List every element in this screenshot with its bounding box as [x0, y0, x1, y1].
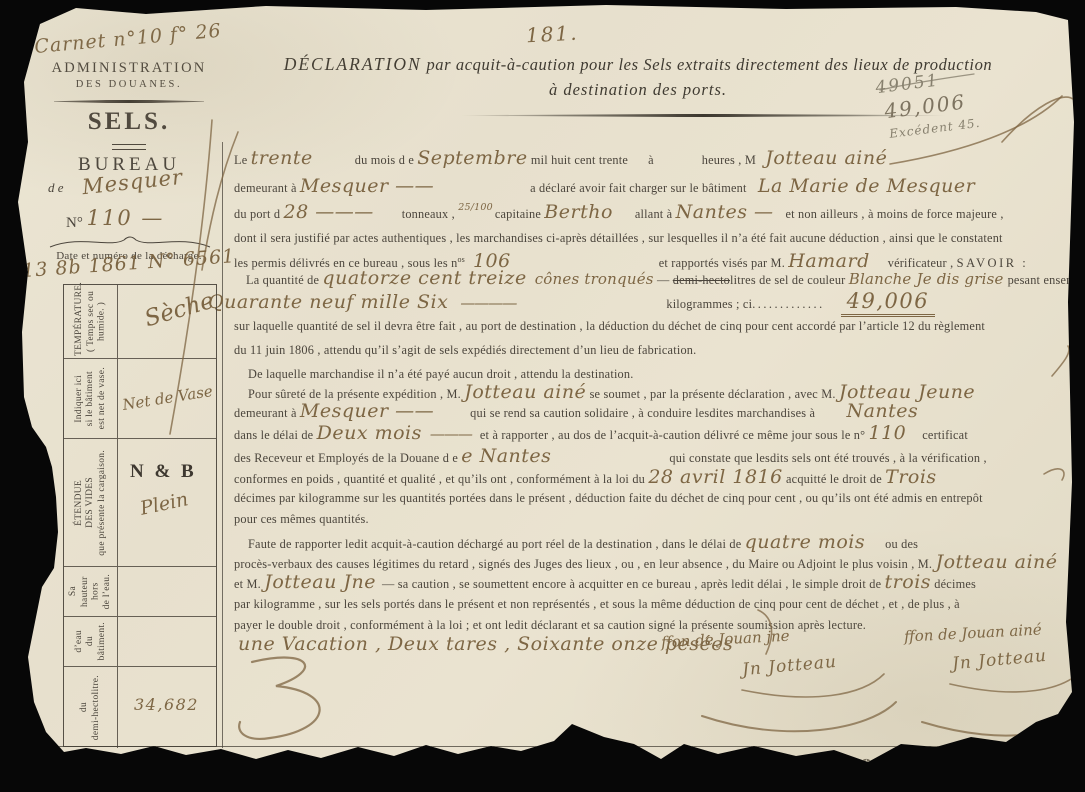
handwritten-entry: une Vacation , Deux tares , Soixante onz…	[238, 633, 733, 655]
handwritten-entry: 110	[869, 422, 907, 444]
ornament-rule	[54, 100, 204, 103]
title-word: DÉCLARATION	[284, 54, 422, 74]
sidebar-row-label: ÉTENDUEDES VIDESque présente la cargaiso…	[64, 439, 118, 566]
rotated-label-line: DES VIDES	[85, 477, 96, 528]
printed-text: conformes en poids , quantité et qualité…	[234, 472, 648, 486]
sidebar-row: d’eaudubâtiment.	[64, 617, 216, 667]
printed-text: tonneaux ,	[402, 207, 459, 221]
handwritten-entry: Bertho	[544, 201, 613, 223]
printed-text: capitaine	[495, 207, 544, 221]
handwritten-entry: Blanche Je dis grise	[849, 270, 1004, 288]
pen-flourish	[1052, 346, 1069, 376]
body-line: demeurant à Mesquer ——a déclaré avoir fa…	[234, 176, 975, 198]
sidebar-row-label: dudemi-hectolitre.	[64, 667, 118, 748]
body-line: par kilogramme , sur les sels portés dan…	[234, 594, 960, 614]
body-line: des Receveur et Employés de la Douane d …	[234, 446, 987, 468]
handwritten-entry: 25/100	[458, 202, 493, 213]
signature-caption-right: ffon de Jouan ainé	[904, 620, 1042, 645]
handwritten-entry: Nantes	[846, 400, 918, 422]
title-line-1: DÉCLARATION par acquit-à-caution pour le…	[244, 54, 1032, 75]
printed-text: et non ailleurs , à moins de force majeu…	[785, 207, 1003, 221]
printed-text: et à rapporter , au dos de l’acquit-à-ca…	[480, 428, 869, 442]
administration-label: ADMINISTRATION	[38, 60, 220, 77]
printed-text: De laquelle marchandise il n’a été payé …	[248, 367, 634, 381]
handwritten-entry: ————	[460, 294, 516, 312]
printed-text: du port d	[234, 207, 283, 221]
printed-text: .............	[752, 297, 824, 311]
sheet-number-handwritten: 181.	[525, 21, 579, 48]
pen-flourish	[1044, 469, 1064, 480]
body-line: Le trentedu mois d e Septembre mil huit …	[234, 148, 887, 170]
rotated-label-line: du	[79, 702, 90, 712]
bureau-de-label: d e	[48, 180, 64, 195]
printed-text: litres de sel de couleur	[730, 273, 849, 287]
handwritten-entry: 49,006	[841, 289, 935, 317]
flourish-numeral	[239, 658, 319, 739]
carnet-annotation: Carnet n°10 f° 26	[33, 16, 264, 58]
handwritten-entry: 28 ———	[283, 201, 373, 223]
body-line: conformes en poids , quantité et qualité…	[234, 467, 937, 489]
printed-text: Pour sûreté de la présente expédition , …	[248, 387, 464, 401]
printed-text: qui se rend sa caution solidaire , à con…	[470, 406, 818, 420]
printed-text: par kilogramme , sur les sels portés dan…	[234, 597, 960, 611]
number-value-handwritten: 110 —	[87, 206, 165, 230]
sidebar-row-value: 34,682	[118, 667, 216, 748]
printed-text: —	[654, 273, 673, 287]
printed-text: se soumet , par la présente déclaration …	[586, 387, 839, 401]
sidebar-row-value: Sèche	[118, 285, 216, 358]
sidebar-handwritten-entry: N & B	[130, 461, 197, 483]
printed-text: allant à	[635, 207, 676, 221]
body-line: du 11 juin 1806 , attendu qu’il s’agit d…	[234, 340, 696, 360]
body-line: Quarante neuf mille Six————kilogrammes ;…	[208, 291, 935, 314]
body-line: et M. Jotteau Jne— sa caution , se soume…	[234, 572, 976, 594]
handwritten-entry: e Nantes	[461, 445, 551, 467]
rotated-label-line: de l’eau.	[102, 574, 113, 609]
document-paper: Carnet n°10 f° 26 ADMINISTRATION DES DOU…	[6, 2, 1078, 788]
sidebar-table: TEMPÉRATURE.( Temps sec ou humide. )Sèch…	[63, 284, 217, 747]
sidebar-handwritten-entry: Plein	[138, 488, 190, 520]
printed-text: dans le délai de	[234, 428, 317, 442]
printed-text: décimes	[931, 577, 976, 591]
signature-flourish	[702, 702, 896, 731]
handwritten-entry: Jotteau ainé	[935, 551, 1057, 573]
handwritten-entry: Jotteau ainé	[464, 381, 586, 403]
sidebar-row-value	[118, 617, 216, 666]
rotated-label-line: hauteur hors	[80, 569, 101, 614]
rosette-chain-left: ❂ ❂ ❂ ❂ ❂ ❂	[285, 756, 412, 775]
signature-left: Jn Jotteau	[741, 652, 837, 680]
printed-text: pour ces mêmes quantités.	[234, 512, 369, 526]
handwritten-entry: quatorze cent treize	[322, 267, 526, 289]
sidebar-handwritten-entry: Sèche	[142, 288, 217, 332]
rotated-label-line: Sa	[68, 586, 79, 596]
pencil-annotations: 49051 49,006 Excédent 45.	[874, 66, 981, 142]
printed-text: sur laquelle quantité de sel il devra êt…	[234, 319, 985, 333]
sidebar-row: ÉTENDUEDES VIDESque présente la cargaiso…	[64, 439, 216, 567]
sidebar-row: dudemi-hectolitre.34,682	[64, 667, 216, 748]
handwritten-entry: 28 avril 1816	[648, 466, 782, 488]
body-line: du port d 28 ———tonneaux , 25/100capitai…	[234, 202, 1004, 226]
body-left-divider	[222, 142, 223, 748]
handwritten-entry: Nantes —	[676, 201, 774, 223]
rotated-label-line: demi-hectolitre.	[91, 675, 102, 740]
sels-heading: SELS.	[38, 108, 220, 136]
pen-flourish	[1002, 97, 1074, 142]
tapered-rule	[461, 114, 946, 117]
body-line: pour ces mêmes quantités.	[234, 509, 369, 529]
printed-text: certificat	[922, 428, 968, 442]
printed-text: qui constate que lesdits sels ont été tr…	[669, 451, 986, 465]
body-line: une Vacation , Deux tares , Soixante onz…	[238, 634, 733, 656]
sidebar-row: TEMPÉRATURE.( Temps sec ou humide. )Sèch…	[64, 285, 216, 359]
printed-text: des Receveur et Employés de la Douane d …	[234, 451, 461, 465]
printed-text: pesant ensemble	[1008, 273, 1085, 287]
sidebar-row: Indiquer icisi le bâtimentest net de vas…	[64, 359, 216, 439]
signature-right: Jn Jotteau	[951, 646, 1047, 674]
sidebar-row-value	[118, 567, 216, 616]
sidebar-row-label: Sahauteur horsde l’eau.	[64, 567, 118, 616]
handwritten-entry: ———	[430, 425, 472, 443]
rotated-label-line: du	[85, 636, 96, 646]
body-line: dans le délai de Deux mois———et à rappor…	[234, 423, 968, 445]
banner-text: DOUANES FRANÇAISES.	[424, 750, 848, 781]
body-line: dont il sera justifié par actes authenti…	[234, 228, 1003, 248]
sidebar-row: Sahauteur horsde l’eau.	[64, 567, 216, 617]
printed-text: kilogrammes ; ci	[666, 297, 752, 311]
printed-text: Le	[234, 153, 251, 167]
body-line: sur laquelle quantité de sel il devra êt…	[234, 316, 985, 336]
sidebar-row-value: N & BPlein	[118, 439, 216, 566]
handwritten-entry: La Marie de Mesquer	[758, 175, 975, 197]
signature-flourish	[950, 670, 1082, 692]
handwritten-entry: Jotteau ainé	[765, 147, 887, 169]
handwritten-entry: trois	[885, 571, 931, 593]
printed-text: mil huit cent trente	[528, 153, 629, 167]
rotated-label-line: est net de vase.	[97, 367, 108, 429]
body-line: Faute de rapporter ledit acquit-à-cautio…	[248, 532, 918, 554]
handwritten-entry: Septembre	[417, 147, 527, 169]
printed-text: ou des	[885, 537, 918, 551]
rosette-chain-right: ❂ ❂ ❂ ❂ ❂ ❂	[860, 756, 987, 775]
printed-text: heures , M	[702, 153, 760, 167]
printed-text: décimes par kilogramme sur les quantités…	[234, 491, 983, 505]
printed-text: demeurant à	[234, 181, 300, 195]
printed-text: du 11 juin 1806 , attendu qu’il s’agit d…	[234, 343, 696, 357]
printed-text: du mois d e	[355, 153, 418, 167]
printed-text: procès-verbaux des causes légitimes du r…	[234, 557, 935, 571]
rotated-label-line: bâtiment.	[97, 622, 108, 660]
printed-text: dont il sera justifié par actes authenti…	[234, 231, 1003, 245]
sidebar-row-label: TEMPÉRATURE.( Temps sec ou humide. )	[64, 285, 118, 358]
printed-text: demi-hecto	[673, 273, 730, 287]
title-rest: par acquit-à-caution pour les Sels extra…	[422, 55, 993, 74]
body-line: décimes par kilogramme sur les quantités…	[234, 488, 983, 508]
double-rule	[112, 144, 146, 150]
handwritten-entry: trente	[251, 147, 313, 169]
rotated-label-line: TEMPÉRATURE.	[74, 287, 85, 356]
number-line: N° 110 —	[66, 208, 164, 232]
footer-banner: ❂ ❂ ❂ ❂ ❂ ❂ DOUANES FRANÇAISES. ❂ ❂ ❂ ❂ …	[218, 750, 1054, 781]
handwritten-entry: quatre mois	[745, 531, 866, 553]
sidebar-row-label: d’eaudubâtiment.	[64, 617, 118, 666]
printed-text: demeurant à	[234, 406, 300, 420]
handwritten-entry: Jotteau Jne	[264, 571, 376, 593]
handwritten-entry: Mesquer ——	[300, 400, 434, 422]
handwritten-entry: Mesquer ——	[300, 175, 434, 197]
printed-text: a déclaré avoir fait charger sur le bâti…	[530, 181, 750, 195]
handwritten-entry: Quarante neuf mille Six	[208, 291, 448, 313]
handwritten-entry: cônes tronqués	[535, 270, 654, 288]
printed-text: acquitté le droit de	[783, 472, 885, 486]
printed-text: à	[648, 153, 654, 167]
banner-rule	[58, 746, 1070, 747]
sidebar-handwritten-entry: 34,682	[134, 695, 199, 714]
rotated-label-line: si le bâtiment	[85, 371, 96, 426]
signature-flourish	[922, 702, 1085, 736]
printed-text: — sa caution , se soumettent encore à ac…	[382, 577, 885, 591]
sidebar-handwritten-entry: Net de Vase	[121, 382, 214, 414]
printed-text: et M.	[234, 577, 264, 591]
printed-text: os	[457, 255, 465, 264]
rotated-label-line: Indiquer ici	[74, 375, 85, 423]
printed-text: La quantité de	[246, 273, 322, 287]
bureau-de-line: d e Mesquer	[48, 180, 230, 196]
handwritten-entry: Deux mois	[317, 422, 422, 444]
rotated-label-line: ÉTENDUE	[74, 480, 85, 526]
body-line: La quantité de quatorze cent treizecônes…	[246, 268, 1085, 290]
sidebar-row-label: Indiquer icisi le bâtimentest net de vas…	[64, 359, 118, 438]
rotated-label-line: d’eau	[74, 630, 85, 653]
body-line: demeurant à Mesquer ——qui se rend sa cau…	[234, 401, 918, 423]
rotated-label-line: ( Temps sec ou humide. )	[86, 287, 107, 356]
sidebar-row-value: Net de Vase	[118, 359, 216, 438]
rotated-label-line: que présente la cargaison.	[97, 450, 108, 556]
number-label: N°	[66, 215, 83, 231]
des-douanes-label: DES DOUANES.	[38, 79, 220, 90]
handwritten-entry: Trois	[885, 466, 937, 488]
photo-of-document: { "palette":{"paper":"#e9e3d0","ink_prin…	[0, 0, 1085, 792]
printed-text: Faute de rapporter ledit acquit-à-cautio…	[248, 537, 745, 551]
